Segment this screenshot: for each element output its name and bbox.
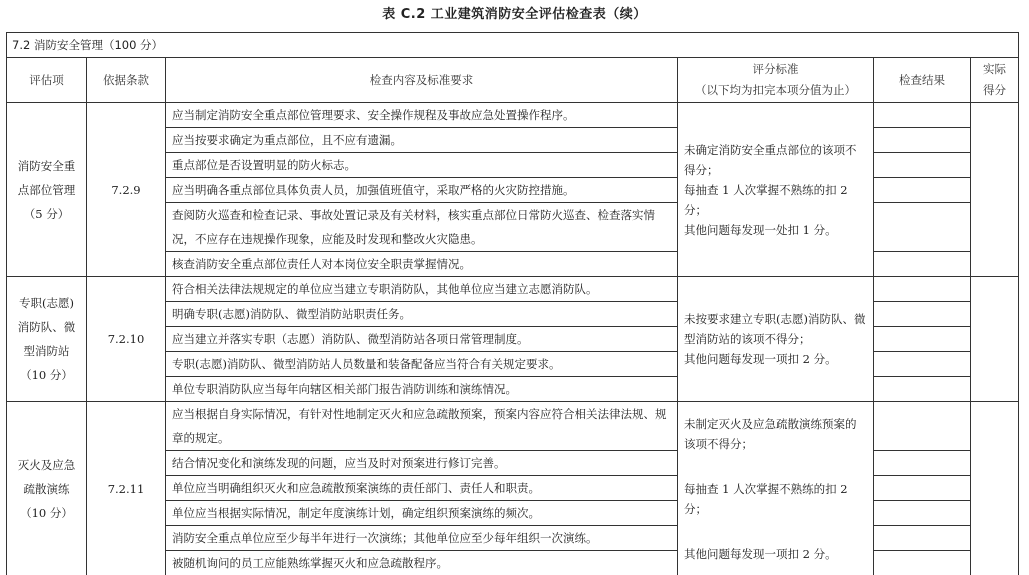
header-criteria-line2: （以下均为扣完本项分值为止） (678, 80, 873, 101)
requirement-cell: 应当按要求确定为重点部位，且不应有遗漏。 (166, 128, 678, 153)
assessment-item: 灭火及应急 疏散演练 （10 分） (7, 402, 87, 575)
item-line: 疏散演练 (7, 477, 86, 501)
criteria-cell: 未按要求建立专职(志愿)消防队、微型消防站的该项不得分； 其他问题每发现一项扣 … (678, 277, 874, 402)
header-content: 检查内容及标准要求 (166, 58, 678, 103)
criteria-line: 其他问题每发现一项扣 2 分。 (684, 544, 867, 564)
table-row: 专职(志愿) 消防队、微 型消防站 （10 分） 7.2.10 符合相关法律法规… (7, 277, 1019, 302)
result-input[interactable] (874, 377, 971, 402)
result-input[interactable] (874, 526, 971, 551)
section-header-row: 7.2 消防安全管理（100 分） (7, 33, 1019, 58)
result-input[interactable] (874, 352, 971, 377)
header-score-line2: 得分 (971, 80, 1018, 101)
clause-number: 7.2.9 (87, 103, 166, 277)
requirement-cell: 符合相关法律法规规定的单位应当建立专职消防队，其他单位应当建立志愿消防队。 (166, 277, 678, 302)
header-clause: 依据条款 (87, 58, 166, 103)
score-input[interactable] (971, 103, 1019, 277)
requirement-cell: 专职(志愿)消防队、微型消防站人员数量和装备配备应当符合有关规定要求。 (166, 352, 678, 377)
requirement-cell: 单位专职消防队应当每年向辖区相关部门报告消防训练和演练情况。 (166, 377, 678, 402)
requirement-cell: 应当根据自身实际情况，有针对性地制定灭火和应急疏散预案，预案内容应符合相关法律法… (166, 402, 678, 451)
requirement-cell: 单位应当根据实际情况，制定年度演练计划，确定组织预案演练的频次。 (166, 501, 678, 526)
clause-number: 7.2.10 (87, 277, 166, 402)
result-input[interactable] (874, 551, 971, 575)
requirement-cell: 应当制定消防安全重点部位管理要求、安全操作规程及事故应急处置操作程序。 (166, 103, 678, 128)
requirement-cell: 被随机询问的员工应能熟练掌握灭火和应急疏散程序。 (166, 551, 678, 575)
clause-number: 7.2.11 (87, 402, 166, 575)
item-line: （5 分） (7, 202, 86, 226)
header-item: 评估项 (7, 58, 87, 103)
table-row: 消防安全重 点部位管理 （5 分） 7.2.9 应当制定消防安全重点部位管理要求… (7, 103, 1019, 128)
column-header-row: 评估项 依据条款 检查内容及标准要求 评分标准 （以下均为扣完本项分值为止） 检… (7, 58, 1019, 103)
criteria-line: 每抽查 1 人次掌握不熟练的扣 2 分； (684, 479, 867, 519)
requirement-cell: 消防安全重点单位应至少每半年进行一次演练；其他单位应至少每年组织一次演练。 (166, 526, 678, 551)
criteria-line: 每抽查 1 人次掌握不熟练的扣 2 分； (684, 180, 867, 220)
criteria-line: 未按要求建立专职(志愿)消防队、微型消防站的该项不得分； (684, 309, 867, 349)
result-input[interactable] (874, 103, 971, 128)
item-line: （10 分） (7, 501, 86, 525)
requirement-cell: 查阅防火巡查和检查记录、事故处置记录及有关材料，核实重点部位日常防火巡查、检查落… (166, 203, 678, 252)
result-input[interactable] (874, 302, 971, 327)
criteria-line: 未制定灭火及应急疏散演练预案的该项不得分； (684, 414, 867, 454)
requirement-cell: 结合情况变化和演练发现的问题，应当及时对预案进行修订完善。 (166, 451, 678, 476)
result-input[interactable] (874, 451, 971, 476)
header-criteria-line1: 评分标准 (678, 59, 873, 80)
result-input[interactable] (874, 203, 971, 252)
requirement-cell: 明确专职(志愿)消防队、微型消防站职责任务。 (166, 302, 678, 327)
item-line: 消防队、微 (7, 315, 86, 339)
requirement-cell: 应当建立并落实专职（志愿）消防队、微型消防站各项日常管理制度。 (166, 327, 678, 352)
criteria-cell: 未确定消防安全重点部位的该项不得分； 每抽查 1 人次掌握不熟练的扣 2 分； … (678, 103, 874, 277)
criteria-cell: 未制定灭火及应急疏散演练预案的该项不得分； 每抽查 1 人次掌握不熟练的扣 2 … (678, 402, 874, 575)
result-input[interactable] (874, 327, 971, 352)
requirement-cell: 核查消防安全重点部位责任人对本岗位安全职责掌握情况。 (166, 252, 678, 277)
item-line: 点部位管理 (7, 178, 86, 202)
table-title: 表 C.2 工业建筑消防安全评估检查表（续） (0, 3, 1029, 22)
header-criteria: 评分标准 （以下均为扣完本项分值为止） (678, 58, 874, 103)
header-score: 实际 得分 (971, 58, 1019, 103)
item-line: 型消防站 (7, 339, 86, 363)
result-input[interactable] (874, 252, 971, 277)
criteria-line: 其他问题每发现一项扣 2 分。 (684, 349, 867, 369)
section-title: 7.2 消防安全管理（100 分） (7, 33, 1019, 58)
header-result: 检查结果 (874, 58, 971, 103)
requirement-cell: 重点部位是否设置明显的防火标志。 (166, 153, 678, 178)
item-line: 消防安全重 (7, 154, 86, 178)
assessment-item: 专职(志愿) 消防队、微 型消防站 （10 分） (7, 277, 87, 402)
header-score-line1: 实际 (971, 59, 1018, 80)
result-input[interactable] (874, 153, 971, 178)
result-input[interactable] (874, 402, 971, 451)
requirement-cell: 应当明确各重点部位具体负责人员，加强值班值守，采取严格的火灾防控措施。 (166, 178, 678, 203)
item-line: 灭火及应急 (7, 453, 86, 477)
requirement-cell: 单位应当明确组织灭火和应急疏散预案演练的责任部门、责任人和职责。 (166, 476, 678, 501)
criteria-line: 其他问题每发现一处扣 1 分。 (684, 220, 867, 240)
assessment-item: 消防安全重 点部位管理 （5 分） (7, 103, 87, 277)
result-input[interactable] (874, 501, 971, 526)
table-row: 灭火及应急 疏散演练 （10 分） 7.2.11 应当根据自身实际情况，有针对性… (7, 402, 1019, 451)
result-input[interactable] (874, 128, 971, 153)
result-input[interactable] (874, 476, 971, 501)
assessment-table: 7.2 消防安全管理（100 分） 评估项 依据条款 检查内容及标准要求 评分标… (6, 32, 1019, 575)
item-line: 专职(志愿) (7, 291, 86, 315)
score-input[interactable] (971, 402, 1019, 575)
criteria-line: 未确定消防安全重点部位的该项不得分； (684, 140, 867, 180)
result-input[interactable] (874, 178, 971, 203)
item-line: （10 分） (7, 363, 86, 387)
result-input[interactable] (874, 277, 971, 302)
score-input[interactable] (971, 277, 1019, 402)
